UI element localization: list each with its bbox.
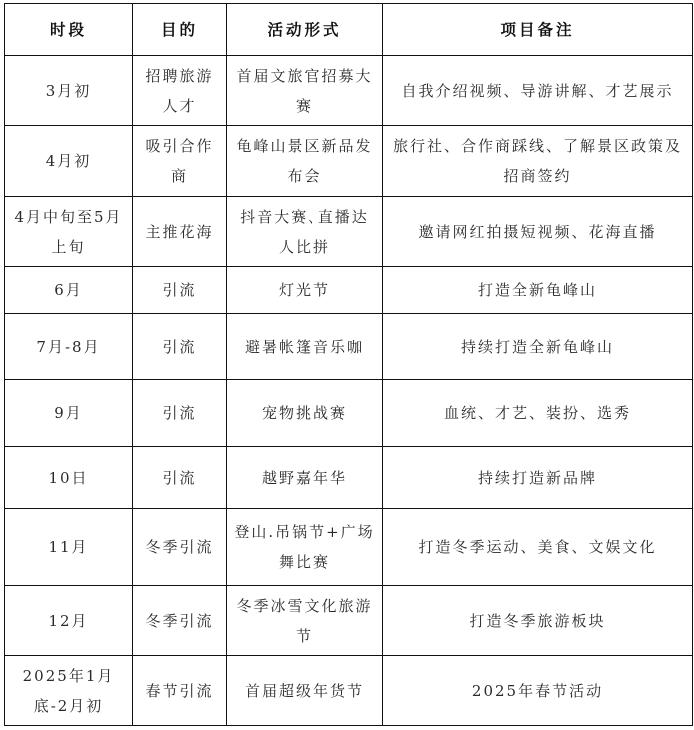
cell-period: 4月中旬至5月上旬 (5, 197, 133, 267)
table-row: 11月 冬季引流 登山.吊锅节+广场舞比赛 打造冬季运动、美食、文娱文化 (5, 509, 693, 586)
cell-notes: 打造冬季旅游板块 (383, 586, 693, 656)
cell-activity: 避暑帐篷音乐咖 (227, 314, 383, 380)
table-row: 4月初 吸引合作商 龟峰山景区新品发布会 旅行社、合作商踩线、了解景区政策及招商… (5, 126, 693, 197)
cell-purpose: 引流 (133, 380, 227, 447)
cell-activity: 首届超级年货节 (227, 656, 383, 726)
cell-purpose: 春节引流 (133, 656, 227, 726)
cell-activity: 龟峰山景区新品发布会 (227, 126, 383, 197)
cell-notes: 旅行社、合作商踩线、了解景区政策及招商签约 (383, 126, 693, 197)
cell-period: 7月-8月 (5, 314, 133, 380)
cell-purpose: 引流 (133, 267, 227, 314)
cell-notes: 打造全新龟峰山 (383, 267, 693, 314)
cell-activity: 首届文旅官招募大赛 (227, 56, 383, 126)
table-row: 7月-8月 引流 避暑帐篷音乐咖 持续打造全新龟峰山 (5, 314, 693, 380)
header-notes: 项目备注 (383, 4, 693, 56)
cell-period: 9月 (5, 380, 133, 447)
table-row: 10日 引流 越野嘉年华 持续打造新品牌 (5, 447, 693, 509)
cell-purpose: 吸引合作商 (133, 126, 227, 197)
cell-activity: 抖音大赛､直播达人比拼 (227, 197, 383, 267)
header-activity: 活动形式 (227, 4, 383, 56)
cell-purpose: 主推花海 (133, 197, 227, 267)
cell-notes: 打造冬季运动、美食、文娱文化 (383, 509, 693, 586)
table-row: 3月初 招聘旅游人才 首届文旅官招募大赛 自我介绍视频、导游讲解、才艺展示 (5, 56, 693, 126)
table-header-row: 时段 目的 活动形式 项目备注 (5, 4, 693, 56)
cell-period: 2025年1月底-2月初 (5, 656, 133, 726)
cell-activity: 冬季冰雪文化旅游节 (227, 586, 383, 656)
cell-notes: 2025年春节活动 (383, 656, 693, 726)
cell-period: 10日 (5, 447, 133, 509)
table-row: 2025年1月底-2月初 春节引流 首届超级年货节 2025年春节活动 (5, 656, 693, 726)
cell-notes: 邀请网红拍摄短视频、花海直播 (383, 197, 693, 267)
cell-notes: 持续打造新品牌 (383, 447, 693, 509)
cell-period: 4月初 (5, 126, 133, 197)
cell-period: 12月 (5, 586, 133, 656)
cell-period: 11月 (5, 509, 133, 586)
cell-notes: 持续打造全新龟峰山 (383, 314, 693, 380)
cell-activity: 宠物挑战赛 (227, 380, 383, 447)
cell-purpose: 引流 (133, 447, 227, 509)
table-row: 6月 引流 灯光节 打造全新龟峰山 (5, 267, 693, 314)
header-purpose: 目的 (133, 4, 227, 56)
cell-activity: 越野嘉年华 (227, 447, 383, 509)
cell-activity: 灯光节 (227, 267, 383, 314)
cell-period: 6月 (5, 267, 133, 314)
table-row: 12月 冬季引流 冬季冰雪文化旅游节 打造冬季旅游板块 (5, 586, 693, 656)
table-row: 4月中旬至5月上旬 主推花海 抖音大赛､直播达人比拼 邀请网红拍摄短视频、花海直… (5, 197, 693, 267)
cell-notes: 血统、才艺、装扮、选秀 (383, 380, 693, 447)
cell-purpose: 冬季引流 (133, 509, 227, 586)
header-period: 时段 (5, 4, 133, 56)
cell-purpose: 冬季引流 (133, 586, 227, 656)
activity-schedule-table: 时段 目的 活动形式 项目备注 3月初 招聘旅游人才 首届文旅官招募大赛 自我介… (4, 3, 693, 726)
table-row: 9月 引流 宠物挑战赛 血统、才艺、装扮、选秀 (5, 380, 693, 447)
cell-notes: 自我介绍视频、导游讲解、才艺展示 (383, 56, 693, 126)
cell-purpose: 引流 (133, 314, 227, 380)
cell-period: 3月初 (5, 56, 133, 126)
cell-purpose: 招聘旅游人才 (133, 56, 227, 126)
cell-activity: 登山.吊锅节+广场舞比赛 (227, 509, 383, 586)
